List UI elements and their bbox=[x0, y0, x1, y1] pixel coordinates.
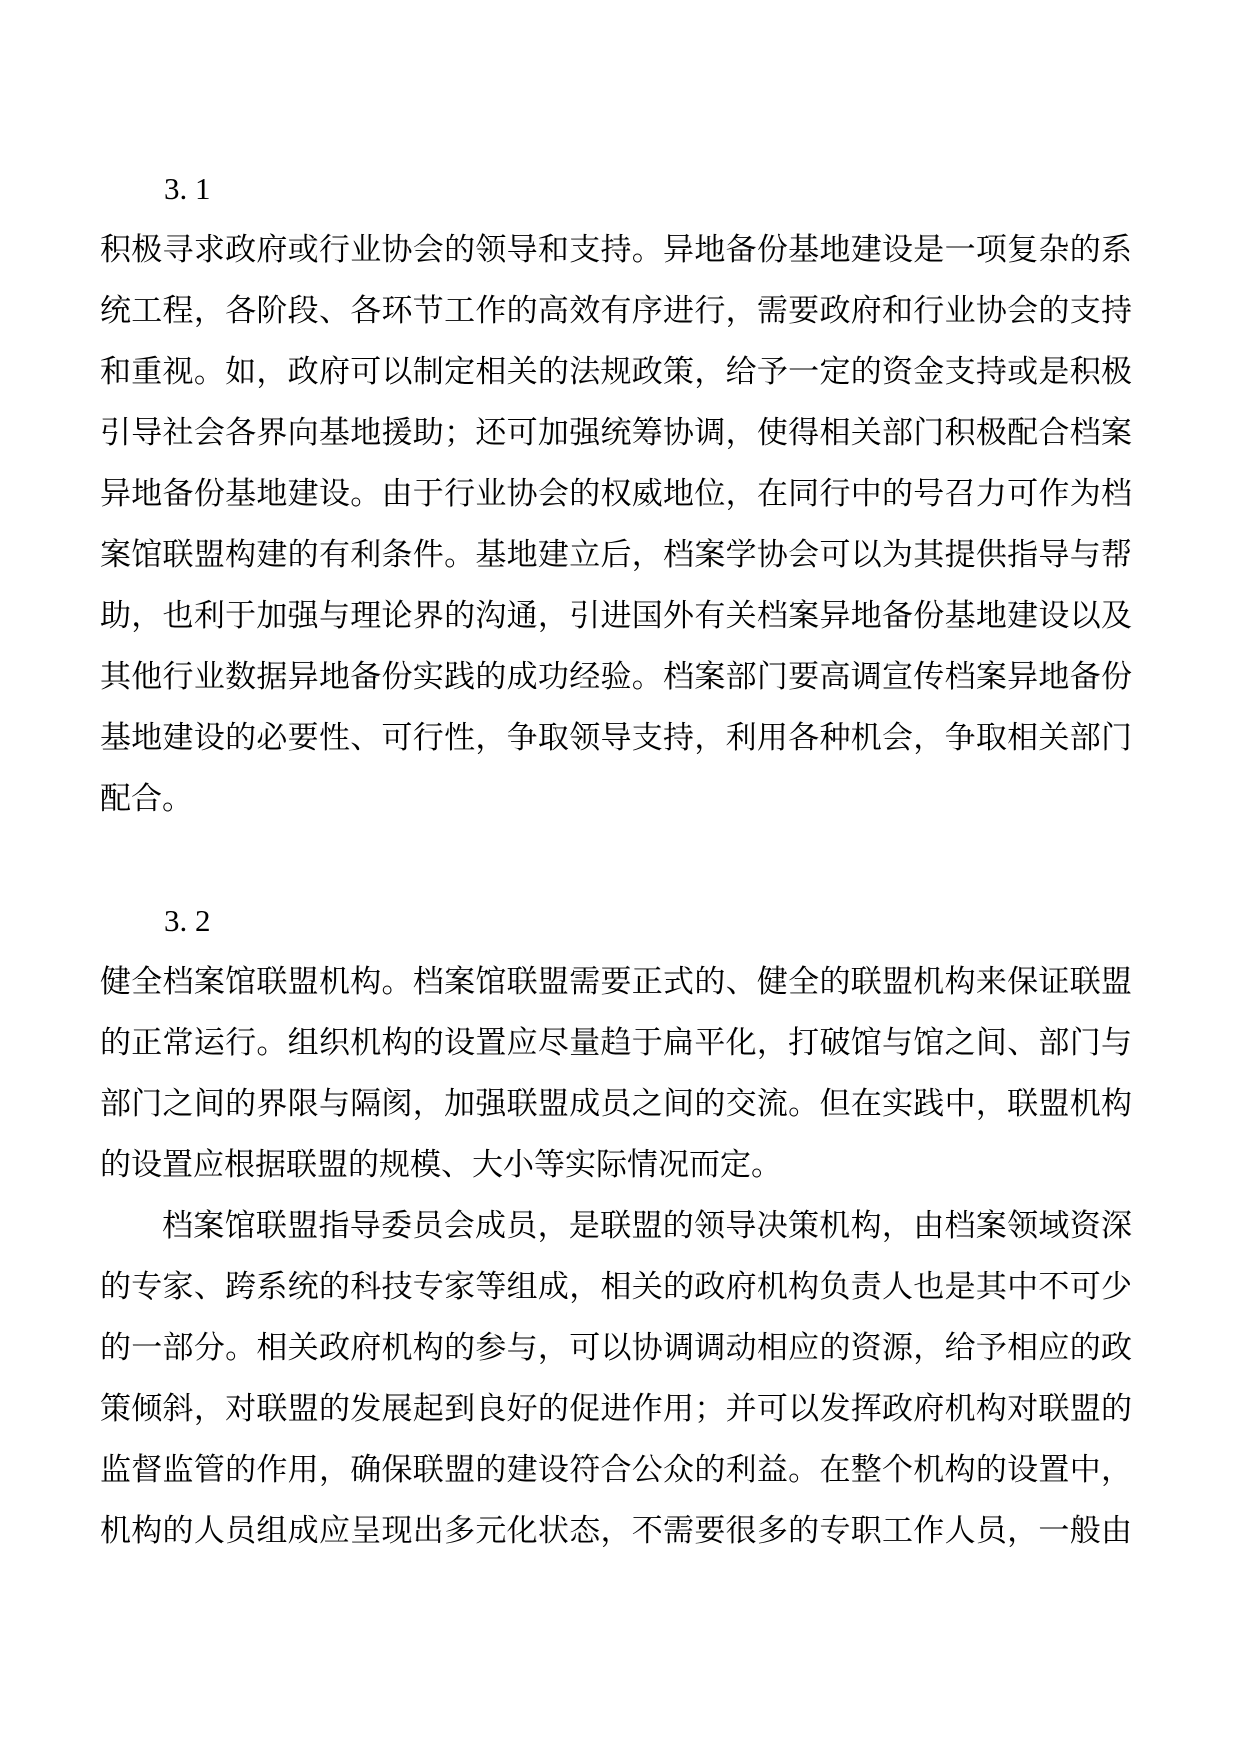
paragraph-line: 和重视。如，政府可以制定相关的法规政策，给予一定的资金支持或是积极 bbox=[100, 341, 1132, 402]
paragraph-line: 助，也利于加强与理论界的沟通，引进国外有关档案异地备份基地建设以及 bbox=[100, 585, 1132, 646]
paragraph-line: 的设置应根据联盟的规模、大小等实际情况而定。 bbox=[100, 1134, 1132, 1195]
paragraph-line: 档案馆联盟指导委员会成员，是联盟的领导决策机构，由档案领域资深 bbox=[100, 1195, 1132, 1256]
paragraph-line: 的正常运行。组织机构的设置应尽量趋于扁平化，打破馆与馆之间、部门与 bbox=[100, 1012, 1132, 1073]
paragraph-line: 配合。 bbox=[100, 768, 1132, 829]
blank-line bbox=[100, 829, 1132, 890]
paragraph-line: 监督监管的作用，确保联盟的建设符合公众的利益。在整个机构的设置中， bbox=[100, 1439, 1132, 1500]
paragraph-line: 异地备份基地建设。由于行业协会的权威地位，在同行中的号召力可作为档 bbox=[100, 463, 1132, 524]
paragraph-line: 其他行业数据异地备份实践的成功经验。档案部门要高调宣传档案异地备份 bbox=[100, 646, 1132, 707]
paragraph-line: 基地建设的必要性、可行性，争取领导支持，利用各种机会，争取相关部门 bbox=[100, 707, 1132, 768]
paragraph-line: 积极寻求政府或行业协会的领导和支持。异地备份基地建设是一项复杂的系 bbox=[100, 219, 1132, 280]
paragraph-line: 的专家、跨系统的科技专家等组成，相关的政府机构负责人也是其中不可少 bbox=[100, 1256, 1132, 1317]
section-heading-3-1: 3. 1 bbox=[100, 158, 1132, 219]
paragraph-line: 引导社会各界向基地援助；还可加强统筹协调，使得相关部门积极配合档案 bbox=[100, 402, 1132, 463]
paragraph-line: 案馆联盟构建的有利条件。基地建立后，档案学协会可以为其提供指导与帮 bbox=[100, 524, 1132, 585]
paragraph-line: 的一部分。相关政府机构的参与，可以协调调动相应的资源，给予相应的政 bbox=[100, 1317, 1132, 1378]
paragraph-line: 部门之间的界限与隔阂，加强联盟成员之间的交流。但在实践中，联盟机构 bbox=[100, 1073, 1132, 1134]
document-text-block: 3. 1 积极寻求政府或行业协会的领导和支持。异地备份基地建设是一项复杂的系 统… bbox=[100, 158, 1132, 1561]
paragraph-line: 策倾斜，对联盟的发展起到良好的促进作用；并可以发挥政府机构对联盟的 bbox=[100, 1378, 1132, 1439]
paragraph-line: 统工程，各阶段、各环节工作的高效有序进行，需要政府和行业协会的支持 bbox=[100, 280, 1132, 341]
section-heading-3-2: 3. 2 bbox=[100, 890, 1132, 951]
paragraph-line: 健全档案馆联盟机构。档案馆联盟需要正式的、健全的联盟机构来保证联盟 bbox=[100, 951, 1132, 1012]
paragraph-line: 机构的人员组成应呈现出多元化状态，不需要很多的专职工作人员，一般由 bbox=[100, 1500, 1132, 1561]
document-page: 3. 1 积极寻求政府或行业协会的领导和支持。异地备份基地建设是一项复杂的系 统… bbox=[0, 0, 1241, 1754]
